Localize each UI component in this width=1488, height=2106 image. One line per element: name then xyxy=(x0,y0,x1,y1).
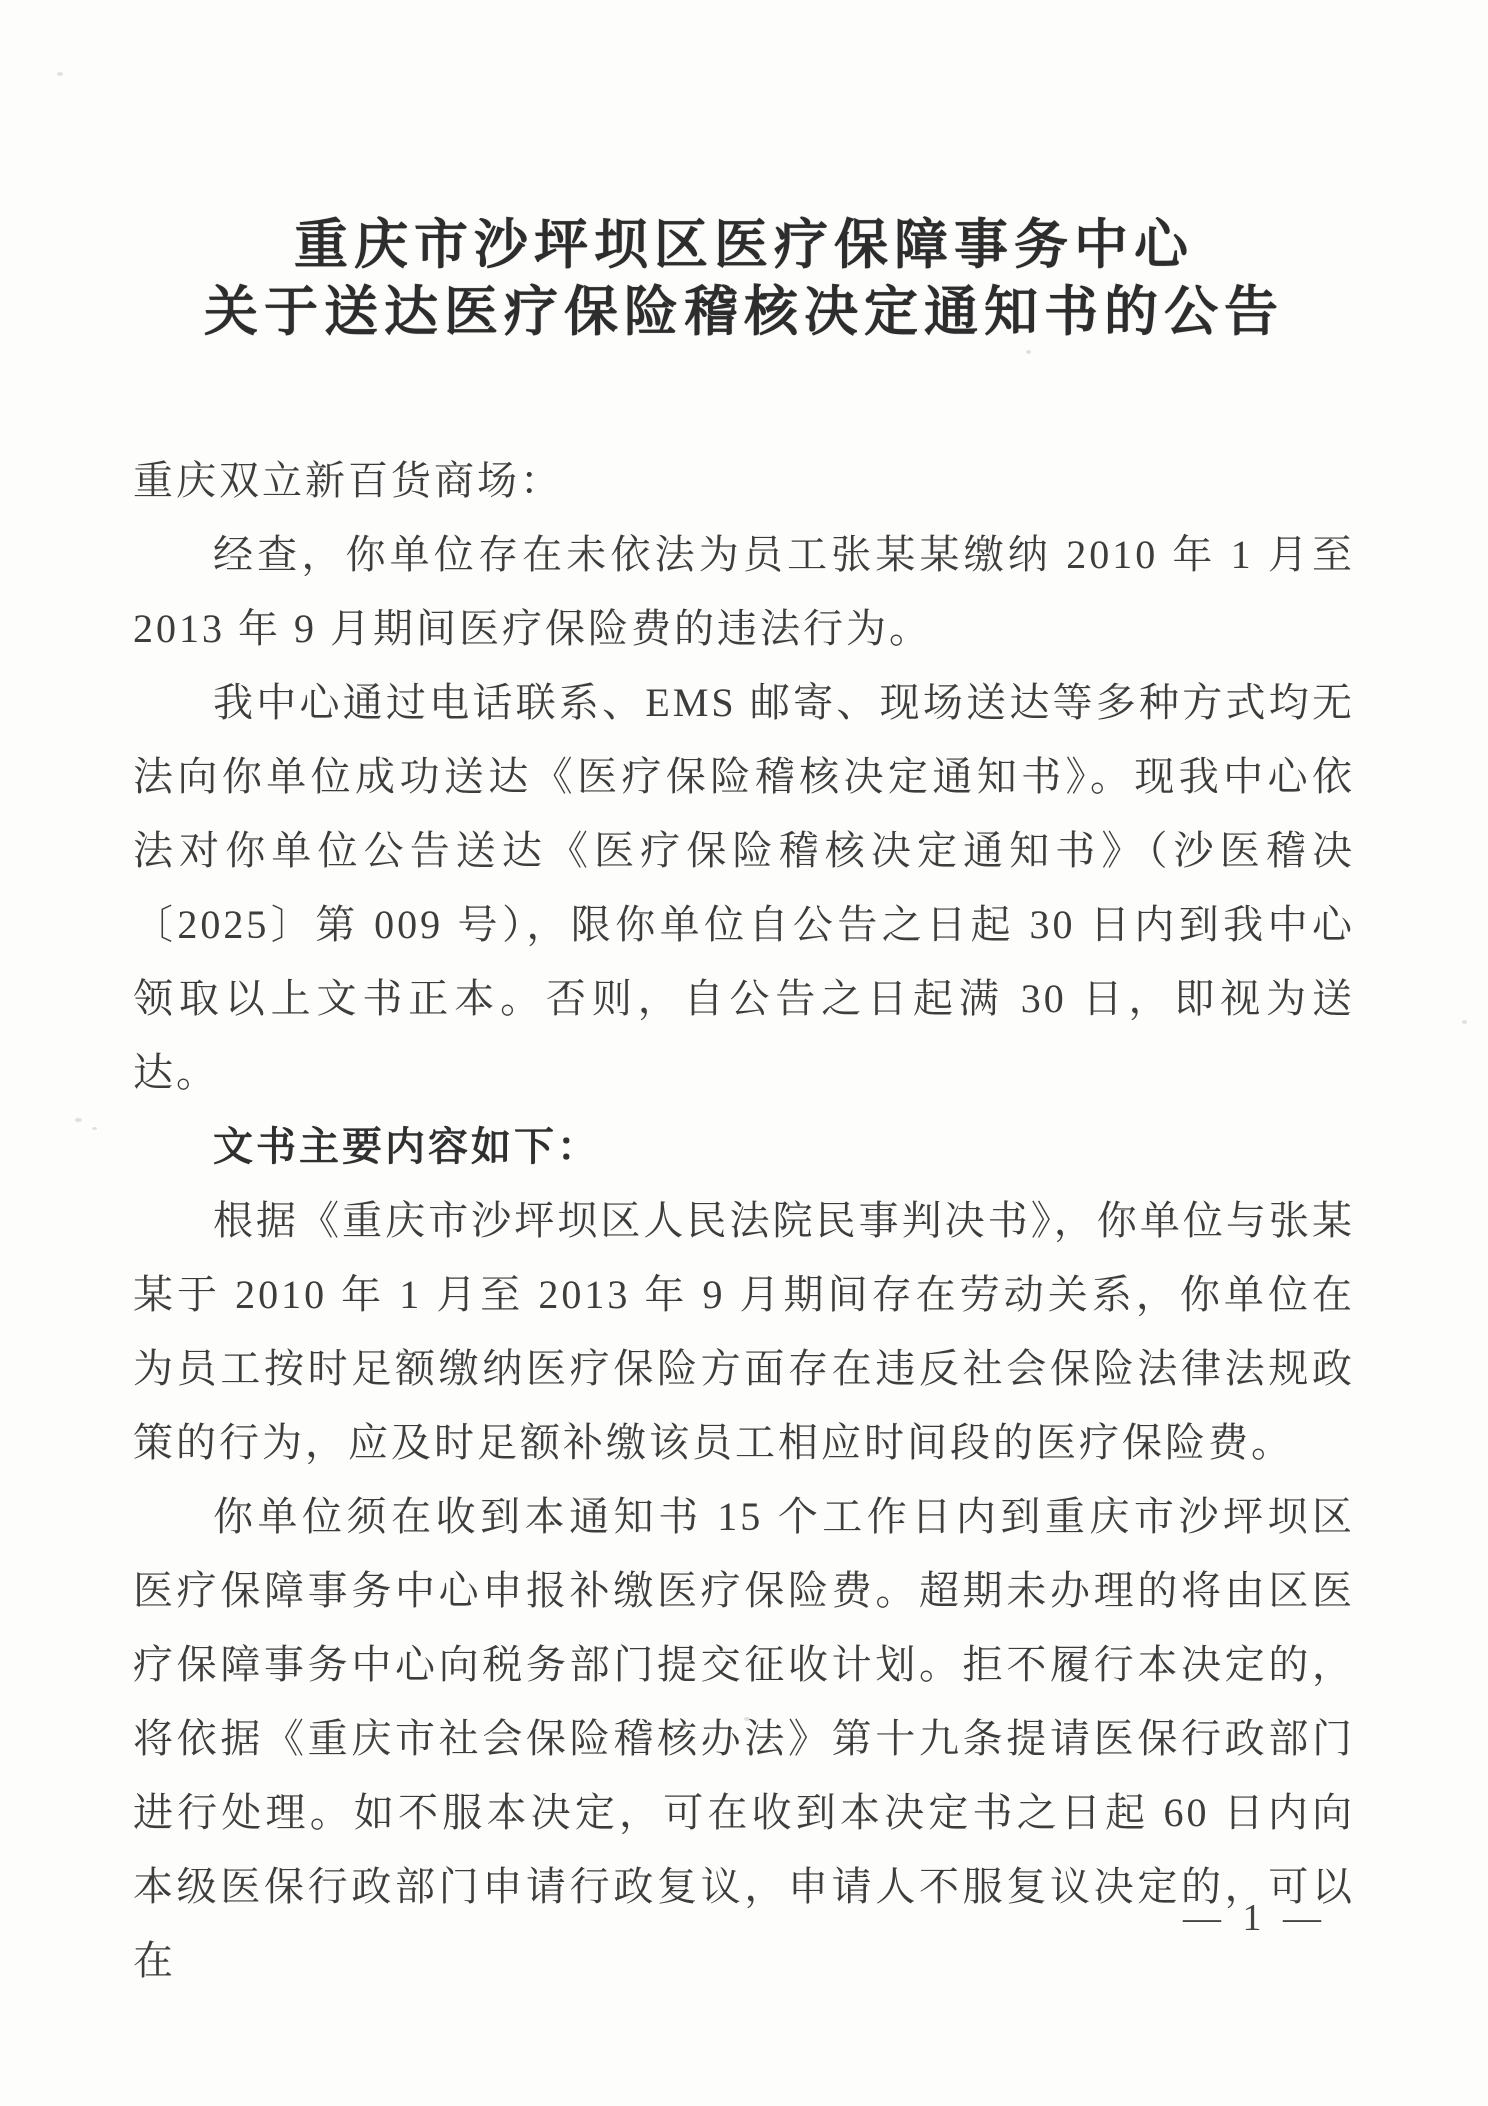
scan-artifact xyxy=(75,1118,82,1122)
scan-artifact xyxy=(744,1717,750,1721)
document-body: 重庆双立新百货商场： 经查，你单位存在未依法为员工张某某缴纳 2010 年 1 … xyxy=(133,444,1355,1998)
paragraph: 你单位须在收到本通知书 15 个工作日内到重庆市沙坪坝区医疗保障事务中心申报补缴… xyxy=(133,1480,1355,1998)
scan-artifact xyxy=(92,1127,97,1130)
paragraph: 我中心通过电话联系、EMS 邮寄、现场送达等多种方式均无法向你单位成功送达《医疗… xyxy=(133,666,1355,1110)
doc-title-line-2: 关于送达医疗保险稽核决定通知书的公告 xyxy=(60,279,1428,346)
salutation: 重庆双立新百货商场： xyxy=(133,444,1355,518)
paragraph: 经查，你单位存在未依法为员工张某某缴纳 2010 年 1 月至 2013 年 9… xyxy=(133,518,1355,666)
section-heading: 文书主要内容如下： xyxy=(133,1110,1355,1184)
doc-title-line-1: 重庆市沙坪坝区医疗保障事务中心 xyxy=(60,212,1428,279)
paragraph: 根据《重庆市沙坪坝区人民法院民事判决书》，你单位与张某某于 2010 年 1 月… xyxy=(133,1184,1355,1480)
scan-artifact xyxy=(1462,1020,1467,1024)
document-title: 重庆市沙坪坝区医疗保障事务中心 关于送达医疗保险稽核决定通知书的公告 xyxy=(60,212,1428,346)
page-number: — 1 — xyxy=(1183,1896,1327,1940)
scan-artifact xyxy=(1026,350,1031,354)
document-page: 重庆市沙坪坝区医疗保障事务中心 关于送达医疗保险稽核决定通知书的公告 重庆双立新… xyxy=(0,0,1488,2106)
scan-artifact xyxy=(57,72,63,76)
